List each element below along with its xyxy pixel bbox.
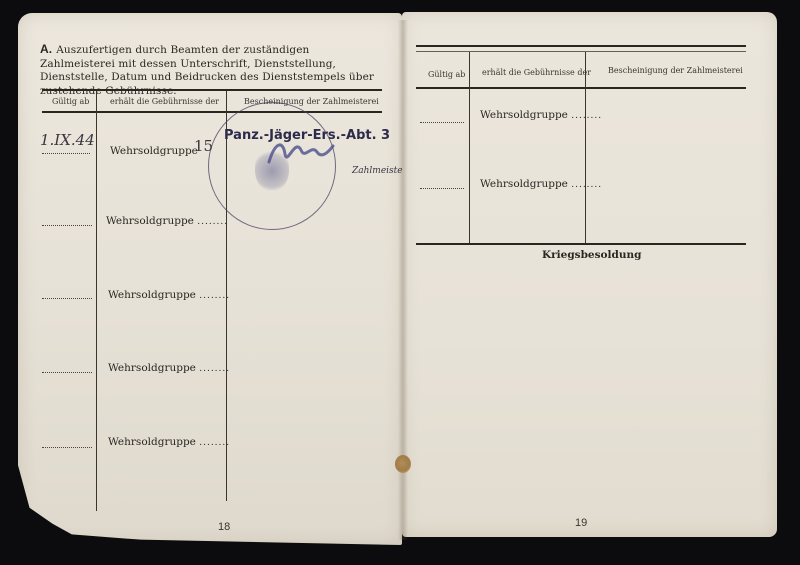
column-header-gebuehrnisse: erhält die Gebührnisse der	[482, 68, 591, 77]
pay-group-value: ........	[571, 111, 602, 121]
date-dotline	[420, 122, 464, 123]
signature-icon	[265, 132, 335, 172]
pay-group-label: Wehrsoldgruppe	[108, 289, 196, 301]
page-number-left: 18	[218, 521, 230, 533]
section-letter: A.	[40, 42, 52, 56]
date-dotline	[420, 188, 464, 189]
pay-group-label: Wehrsoldgruppe	[108, 362, 196, 374]
pay-group-label: Wehrsoldgruppe	[480, 109, 568, 121]
pay-group-value: ........	[199, 364, 230, 374]
date-dotline	[42, 447, 92, 448]
table-bottom-rule	[416, 243, 746, 245]
pay-group-label: Wehrsoldgruppe	[110, 145, 198, 157]
pay-group-row: Wehrsoldgruppe ........	[108, 436, 230, 448]
date-dotline	[42, 298, 92, 299]
column-header-gueltig-ab: Gültig ab	[52, 97, 89, 106]
pay-group-row: Wehrsoldgruppe	[110, 145, 198, 157]
pay-group-row: Wehrsoldgruppe ........	[108, 362, 230, 374]
table-header-rule	[416, 87, 746, 89]
column-divider	[469, 52, 470, 244]
column-header-bescheinigung: Bescheinigung der Zahlmeisterei	[608, 66, 743, 75]
pay-group-label: Wehrsoldgruppe	[480, 178, 568, 190]
pay-group-row: Wehrsoldgruppe ........	[106, 215, 228, 227]
table-top-rule-thin	[416, 51, 746, 52]
table-header-rule	[42, 111, 382, 113]
pay-group-value: ........	[199, 438, 230, 448]
date-dotline	[42, 225, 92, 226]
staple-hole-stain	[395, 455, 411, 473]
pay-group-row: Wehrsoldgruppe ........	[480, 109, 602, 121]
column-header-gueltig-ab: Gültig ab	[428, 70, 465, 79]
right-page: Gültig ab erhält die Gebührnisse der Bes…	[402, 12, 777, 537]
date-dotline	[42, 372, 92, 373]
pay-group-label: Wehrsoldgruppe	[106, 215, 194, 227]
table-top-rule	[42, 89, 382, 91]
column-divider	[96, 91, 97, 511]
pay-group-value: ........	[197, 217, 228, 227]
pay-group-row: Wehrsoldgruppe ........	[480, 178, 602, 190]
pay-group-value: ........	[571, 180, 602, 190]
column-divider	[585, 52, 586, 244]
pay-group-label: Wehrsoldgruppe	[108, 436, 196, 448]
date-dotline	[42, 153, 90, 154]
page-number-right: 19	[575, 517, 587, 529]
handwritten-date: 1.IX.44	[40, 131, 95, 149]
pay-group-row: Wehrsoldgruppe ........	[108, 289, 230, 301]
table-top-rule	[416, 45, 746, 47]
section-title-kriegsbesoldung: Kriegsbesoldung	[542, 249, 641, 261]
column-header-gebuehrnisse: erhält die Gebührnisse der	[110, 97, 219, 106]
pay-group-value: ........	[199, 291, 230, 301]
left-page: A.Auszufertigen durch Beamten der zustän…	[18, 13, 402, 545]
